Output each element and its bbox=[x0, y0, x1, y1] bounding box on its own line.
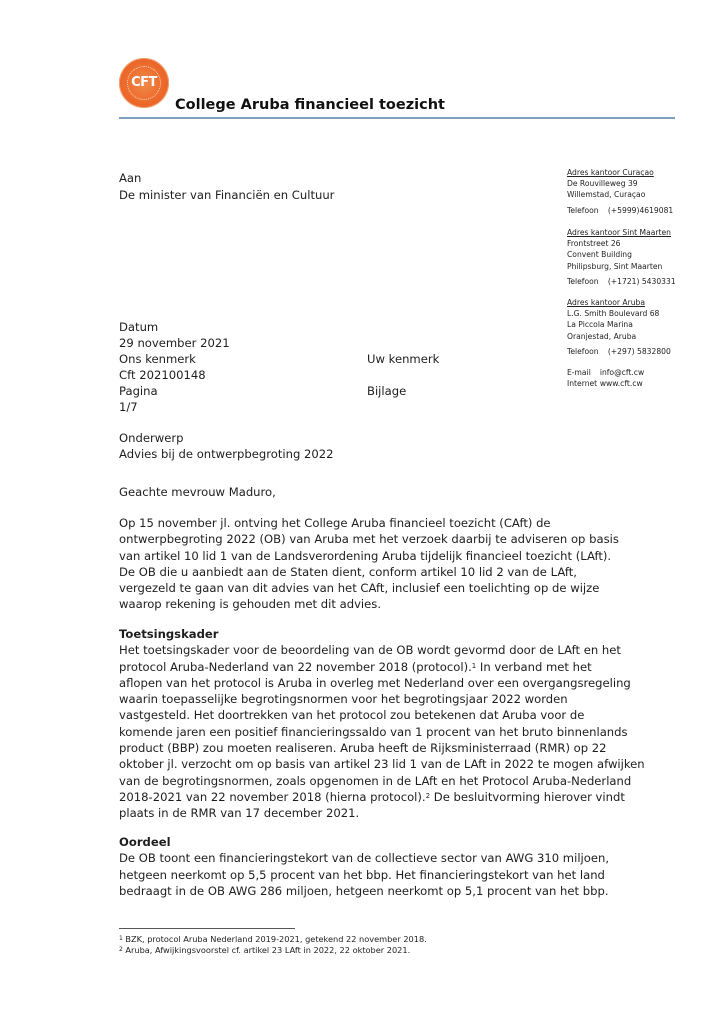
letter-meta: Datum 29 november 2021 Ons kenmerk Cft 2… bbox=[119, 319, 230, 415]
page-value: 1/7 bbox=[119, 399, 230, 415]
line-text: De besluitvorming hierover vindt bbox=[430, 790, 625, 804]
attachment-label: Bijlage bbox=[367, 383, 406, 399]
footnote-1: 1 BZK, protocol Aruba Nederland 2019-202… bbox=[119, 934, 427, 945]
subject-block: Onderwerp Advies bij de ontwerpbegroting… bbox=[119, 430, 334, 462]
our-reference-value: Cft 202100148 bbox=[119, 367, 230, 383]
cft-logo: CFT bbox=[119, 58, 169, 108]
paragraph-line: 2018-2021 van 22 november 2018 (hierna p… bbox=[119, 789, 645, 805]
office-phone: Telefoon (+1721) 5430331 bbox=[567, 276, 676, 287]
phone-label: Telefoon bbox=[567, 276, 603, 287]
footnote-text: BZK, protocol Aruba Nederland 2019-2021,… bbox=[123, 934, 427, 944]
paragraph-line: protocol Aruba-Nederland van 22 november… bbox=[119, 659, 645, 675]
footnote-text: Aruba, Afwijkingsvoorstel cf. artikel 23… bbox=[123, 945, 410, 955]
office-address-line: L.G. Smith Boulevard 68 bbox=[567, 308, 671, 319]
organization-name: College Aruba financieel toezicht bbox=[175, 97, 445, 113]
office-address-line: Oranjestad, Aruba bbox=[567, 331, 671, 342]
paragraph-line: product (BBP) zou moeten realiseren. Aru… bbox=[119, 740, 645, 756]
office-curacao: Adres kantoor Curaçao De Rouvilleweg 39 … bbox=[567, 167, 673, 216]
paragraph-line: Het toetsingskader voor de beoordeling v… bbox=[119, 642, 645, 658]
office-address-line: De Rouvilleweg 39 bbox=[567, 178, 673, 189]
office-sint-maarten: Adres kantoor Sint Maarten Frontstreet 2… bbox=[567, 227, 676, 287]
recipient-name: De minister van Financiën en Cultuur bbox=[119, 187, 334, 204]
office-title: Adres kantoor Sint Maarten bbox=[567, 227, 676, 238]
office-title: Adres kantoor Curaçao bbox=[567, 167, 673, 178]
office-phone: Telefoon (+5999)4619081 bbox=[567, 205, 673, 216]
intro-paragraph: Op 15 november jl. ontving het College A… bbox=[119, 515, 619, 613]
your-reference-label: Uw kenmerk bbox=[367, 351, 439, 367]
email-label: E-mail bbox=[567, 367, 595, 378]
paragraph-line: plaats in de RMR van 17 december 2021. bbox=[119, 805, 645, 821]
paragraph-line: waarop rekening is gehouden met dit advi… bbox=[119, 596, 619, 612]
office-address-line: Willemstad, Curaçao bbox=[567, 189, 673, 200]
page-label: Pagina bbox=[119, 383, 230, 399]
paragraph-line: Op 15 november jl. ontving het College A… bbox=[119, 515, 619, 531]
contact-block: E-mail info@cft.cw Internet www.cft.cw bbox=[567, 367, 644, 389]
phone-label: Telefoon bbox=[567, 205, 603, 216]
paragraph-line: ontwerpbegroting 2022 (OB) van Aruba met… bbox=[119, 531, 619, 547]
phone-number: (+297) 5832800 bbox=[608, 347, 671, 356]
footnote-2: 2 Aruba, Afwijkingsvoorstel cf. artikel … bbox=[119, 945, 427, 956]
paragraph-line: bedraagt in de OB AWG 286 miljoen, hetge… bbox=[119, 883, 609, 899]
paragraph-line: hetgeen neerkomt op 5,5 procent van het … bbox=[119, 867, 609, 883]
subject-value: Advies bij de ontwerpbegroting 2022 bbox=[119, 446, 334, 462]
paragraph-line: waarin toepasselijke begrotingsnormen vo… bbox=[119, 691, 645, 707]
paragraph-line: komende jaren een positief financierings… bbox=[119, 724, 645, 740]
office-aruba: Adres kantoor Aruba L.G. Smith Boulevard… bbox=[567, 297, 671, 357]
footnote-divider bbox=[119, 928, 295, 929]
office-address-line: Convent Building bbox=[567, 249, 676, 260]
phone-number: (+5999)4619081 bbox=[608, 206, 673, 215]
footnote-number: 1 bbox=[119, 935, 123, 942]
line-text: protocol Aruba-Nederland van 22 november… bbox=[119, 660, 472, 674]
our-reference-label: Ons kenmerk bbox=[119, 351, 230, 367]
section-oordeel: Oordeel De OB toont een financieringstek… bbox=[119, 834, 609, 899]
phone-label: Telefoon bbox=[567, 346, 603, 357]
recipient-label: Aan bbox=[119, 170, 334, 187]
office-address-line: La Piccola Marina bbox=[567, 319, 671, 330]
internet-label: Internet bbox=[567, 378, 595, 389]
section-toetsingskader: Toetsingskader Het toetsingskader voor d… bbox=[119, 626, 645, 822]
footnote-ref-2[interactable]: 2 bbox=[426, 792, 430, 800]
section-heading: Oordeel bbox=[119, 834, 609, 850]
paragraph-line: vergezeld te gaan van dit advies van het… bbox=[119, 580, 619, 596]
paragraph-line: vastgesteld. Het doortrekken van het pro… bbox=[119, 707, 645, 723]
footnotes: 1 BZK, protocol Aruba Nederland 2019-202… bbox=[119, 934, 427, 956]
section-heading: Toetsingskader bbox=[119, 626, 645, 642]
paragraph-line: De OB die u aanbiedt aan de Staten dient… bbox=[119, 564, 619, 580]
line-text: 2018-2021 van 22 november 2018 (hierna p… bbox=[119, 790, 426, 804]
website-link[interactable]: www.cft.cw bbox=[600, 379, 643, 388]
office-title: Adres kantoor Aruba bbox=[567, 297, 671, 308]
office-phone: Telefoon (+297) 5832800 bbox=[567, 346, 671, 357]
office-address-line: Frontstreet 26 bbox=[567, 238, 676, 249]
salutation: Geachte mevrouw Maduro, bbox=[119, 484, 276, 500]
date-label: Datum bbox=[119, 319, 230, 335]
paragraph-line: van de begrotingsnormen, zoals opgenomen… bbox=[119, 773, 645, 789]
phone-number: (+1721) 5430331 bbox=[608, 277, 676, 286]
paragraph-line: De OB toont een financieringstekort van … bbox=[119, 850, 609, 866]
paragraph-line: aflopen van het protocol is Aruba in ove… bbox=[119, 675, 645, 691]
email-row: E-mail info@cft.cw bbox=[567, 367, 644, 378]
email-link[interactable]: info@cft.cw bbox=[600, 368, 644, 377]
internet-row: Internet www.cft.cw bbox=[567, 378, 644, 389]
paragraph-line: van artikel 10 lid 1 van de Landsverorde… bbox=[119, 548, 619, 564]
line-text: In verband met het bbox=[476, 660, 591, 674]
footnote-ref-1[interactable]: 1 bbox=[472, 662, 476, 670]
date-value: 29 november 2021 bbox=[119, 335, 230, 351]
header-divider bbox=[119, 117, 675, 119]
subject-label: Onderwerp bbox=[119, 430, 334, 446]
paragraph-line: oktober jl. verzocht om op basis van art… bbox=[119, 756, 645, 772]
office-address-line: Philipsburg, Sint Maarten bbox=[567, 261, 676, 272]
recipient-block: Aan De minister van Financiën en Cultuur bbox=[119, 170, 334, 203]
footnote-number: 2 bbox=[119, 946, 123, 953]
logo-text: CFT bbox=[119, 75, 169, 90]
